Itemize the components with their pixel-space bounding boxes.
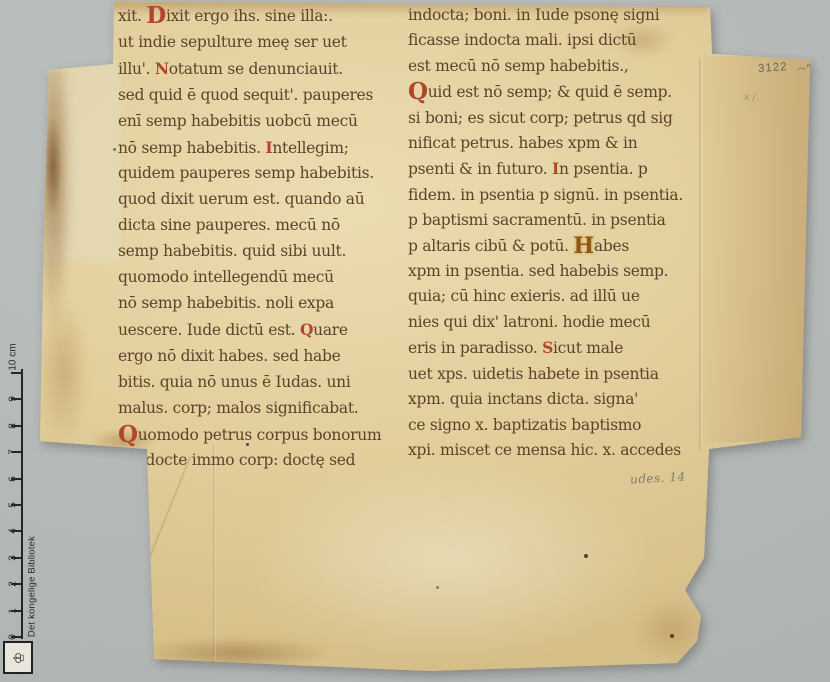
ruler-label: 3 bbox=[8, 544, 19, 572]
ruler-label: 6 bbox=[8, 465, 19, 493]
library-name: Det kongelige Bibliotek bbox=[27, 512, 38, 662]
photo-stage: xit. Dixit ergo ihs. sine illa:.ut indie… bbox=[0, 0, 830, 682]
ruler-label: 0 bbox=[8, 623, 19, 651]
ruler-label: 4 bbox=[8, 517, 19, 545]
ruler-label: 2 bbox=[8, 570, 19, 598]
crown-icon: ♔ bbox=[11, 651, 25, 664]
ruler-label: 7 bbox=[8, 438, 19, 466]
ruler-label: 8 bbox=[8, 412, 19, 440]
ruler-label: 10 cm bbox=[8, 335, 19, 379]
ruler-label: 5 bbox=[8, 491, 19, 519]
scale-bar: Det kongelige Bibliotek ♔ 012345678910 c… bbox=[0, 0, 830, 682]
ruler-label: 1 bbox=[8, 597, 19, 625]
ruler-label: 9 bbox=[8, 385, 19, 413]
